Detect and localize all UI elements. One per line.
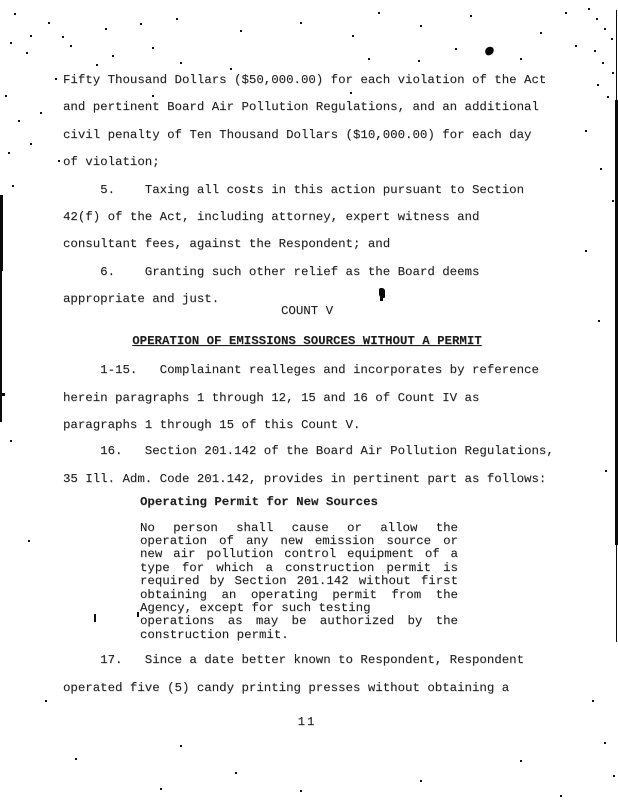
paragraph-17: 17. Since a date better known to Respond… xyxy=(63,647,551,702)
quote-line: new air pollution control equipment of a xyxy=(140,548,458,561)
text-line: paragraphs 1 through 15 of this Count V. xyxy=(63,412,551,439)
text-line: 16. Section 201.142 of the Board Air Pol… xyxy=(63,438,551,465)
quote-line: No person shall cause or allow the xyxy=(140,522,458,535)
quote-line: required by Section 201.142 without firs… xyxy=(140,575,458,588)
text-line: 5. Taxing all costs in this action pursu… xyxy=(63,177,551,204)
text-line: of violation; xyxy=(63,149,551,176)
scan-artifact-blob xyxy=(484,46,495,57)
scan-artifact-left-bar xyxy=(0,268,2,422)
text-line: civil penalty of Ten Thousand Dollars ($… xyxy=(63,122,551,149)
count-subheading: OPERATION OF EMISSIONS SOURCES WITHOUT A… xyxy=(63,328,551,355)
text-line: Fifty Thousand Dollars ($50,000.00) for … xyxy=(63,67,551,94)
paragraph-1-15: 1-15. Complainant realleges and incorpor… xyxy=(63,357,551,439)
quote-line: type for which a construction permit is xyxy=(140,562,458,575)
text-line: operated five (5) candy printing presses… xyxy=(63,675,551,702)
scan-artifact-left-bar xyxy=(0,195,3,271)
document-body: Fifty Thousand Dollars ($50,000.00) for … xyxy=(63,67,551,736)
quote-line: operation of any new emission source or xyxy=(140,535,458,548)
regulation-quote: No person shall cause or allow the opera… xyxy=(140,522,458,643)
text-line: consultant fees, against the Respondent;… xyxy=(63,231,551,258)
text-line: herein paragraphs 1 through 12, 15 and 1… xyxy=(63,385,551,412)
quote-line: construction permit. xyxy=(140,629,458,642)
scan-noise-specks xyxy=(0,0,2,2)
quote-line: operations as may be authorized by the xyxy=(140,615,458,628)
text-line: 17. Since a date better known to Respond… xyxy=(63,647,551,674)
paragraph-5: 5. Taxing all costs in this action pursu… xyxy=(63,177,551,259)
paragraph-16: 16. Section 201.142 of the Board Air Pol… xyxy=(63,438,551,493)
scan-artifact-tick xyxy=(0,393,5,396)
page-number: 11 xyxy=(63,709,551,736)
scanned-document-page: Fifty Thousand Dollars ($50,000.00) for … xyxy=(0,0,618,800)
quote-line: obtaining an operating permit from the xyxy=(140,589,458,602)
text-line: and pertinent Board Air Pollution Regula… xyxy=(63,94,551,121)
paragraph-prayer-tail: Fifty Thousand Dollars ($50,000.00) for … xyxy=(63,67,551,177)
text-line: 42(f) of the Act, including attorney, ex… xyxy=(63,204,551,231)
text-line: 6. Granting such other relief as the Boa… xyxy=(63,259,551,286)
text-line: 1-15. Complainant realleges and incorpor… xyxy=(63,357,551,384)
regulation-quote-heading: Operating Permit for New Sources xyxy=(140,489,551,516)
quote-line: Agency, except for such testing xyxy=(140,602,458,615)
